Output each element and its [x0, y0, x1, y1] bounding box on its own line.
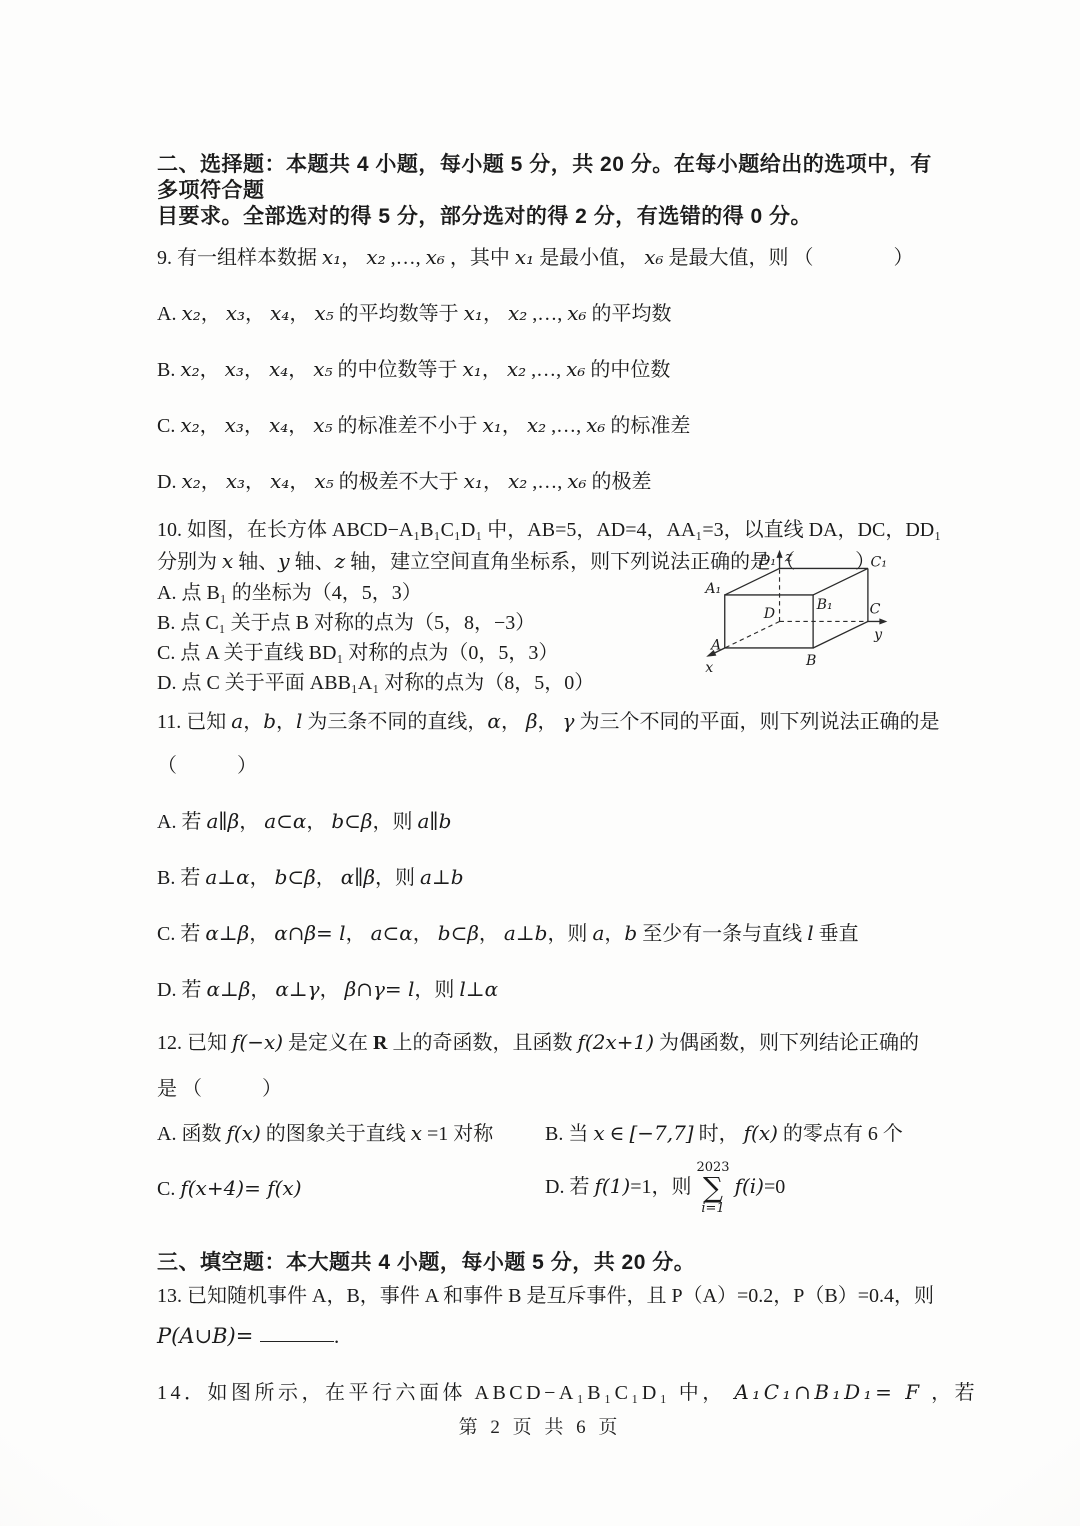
cuboid-top-face-edges — [725, 568, 868, 595]
q11-answer-paren: （ ） — [157, 753, 935, 779]
vertex-label-b1: B₁ — [816, 597, 833, 613]
q12-option-d: D. 若 f(1)=1，则2023∑i=1f(i)=0 — [545, 1161, 935, 1216]
q11-option-b: B. 若 a⊥α， b⊂β， α∥β，则 a⊥b — [157, 864, 935, 891]
section-choice-heading-line2: 目要求。全部选对的得 5 分，部分选对的得 2 分，有选错的得 0 分。 — [157, 204, 935, 230]
section-fill-heading: 三、填空题：本大题共 4 小题，每小题 5 分，共 20 分。 — [157, 1246, 935, 1279]
question-9: 9. 有一组样本数据 x₁， x₂ ,…, x₆ ，其中 x₁ 是最小值， x₆… — [157, 244, 935, 495]
section-choice-heading: 二、选择题：本题共 4 小题，每小题 5 分，共 20 分。在每小题给出的选项中… — [157, 152, 935, 230]
page-footer: 第 2 页 共 6 页 — [0, 1412, 1080, 1439]
q12-option-d-pre: D. 若 f(1)=1，则 — [545, 1176, 691, 1198]
q13-answer-line: P(A∪B)= . — [157, 1319, 935, 1353]
vertex-label-d1: D₁ — [758, 553, 776, 569]
axis-label-z: z — [784, 549, 793, 565]
q13-stem: 13. 已知随机事件 A，B，事件 A 和事件 B 是互斥事件，且 P（A）=0… — [157, 1283, 935, 1309]
vertex-label-d: D — [763, 606, 775, 622]
y-axis-arrow — [879, 618, 887, 624]
q12-options-row-ab: A. 函数 f(x) 的图象关于直线 x =1 对称 B. 当 x ∈ [−7,… — [157, 1120, 935, 1147]
question-12: 12. 已知 f(−x) 是定义在 R 上的奇函数，且函数 f(2x+1) 为偶… — [157, 1029, 935, 1216]
q9-option-a: A. x₂， x₃， x₄， x₅ 的平均数等于 x₁， x₂ ,…, x₆ 的… — [157, 300, 935, 327]
q9-option-d: D. x₂， x₃， x₄， x₅ 的极差不大于 x₁， x₂ ,…, x₆ 的… — [157, 468, 935, 495]
axis-label-y: y — [873, 627, 883, 643]
q12-option-c: C. f(x+4)= f(x) — [157, 1175, 545, 1202]
q12-option-b: B. 当 x ∈ [−7,7] 时， f(x) 的零点有 6 个 — [545, 1120, 935, 1147]
summation-lower-limit: i=1 — [701, 1202, 724, 1216]
axis-label-x: x — [705, 660, 713, 676]
q10-stem-line1: 10. 如图，在长方体 ABCD−A₁B₁C₁D₁ 中，AB=5，AD=4，AA… — [157, 515, 935, 546]
q9-option-b: B. x₂， x₃， x₄， x₅ 的中位数等于 x₁， x₂ ,…, x₆ 的… — [157, 356, 935, 383]
summation-symbol: 2023∑i=1 — [696, 1161, 729, 1216]
vertex-label-a: A — [709, 638, 721, 654]
q12-options-row-cd: C. f(x+4)= f(x) D. 若 f(1)=1，则2023∑i=1f(i… — [157, 1161, 935, 1216]
vertex-label-b: B — [805, 653, 816, 669]
vertex-label-c: C — [870, 602, 881, 618]
exam-page: 二、选择题：本题共 4 小题，每小题 5 分，共 20 分。在每小题给出的选项中… — [0, 0, 1080, 1526]
vertex-label-c1: C₁ — [871, 555, 887, 571]
q12-stem-line1: 12. 已知 f(−x) 是定义在 R 上的奇函数，且函数 f(2x+1) 为偶… — [157, 1029, 935, 1056]
page-content: 二、选择题：本题共 4 小题，每小题 5 分，共 20 分。在每小题给出的选项中… — [157, 152, 935, 1406]
question-13: 13. 已知随机事件 A，B，事件 A 和事件 B 是互斥事件，且 P（A）=0… — [157, 1283, 935, 1353]
section-choice-heading-line1: 二、选择题：本题共 4 小题，每小题 5 分，共 20 分。在每小题给出的选项中… — [157, 152, 935, 204]
vertex-label-a1: A₁ — [703, 581, 721, 597]
q12-stem-line2: 是 （ ） — [157, 1076, 935, 1102]
question-14: 14．如图所示，在平行六面体 ABCD−A₁B₁C₁D₁ 中， A₁C₁∩B₁D… — [157, 1379, 935, 1406]
q12-option-d-post: f(i)=0 — [735, 1176, 786, 1198]
q11-stem: 11. 已知 a，b，l 为三条不同的直线，α， β， γ 为三个不同的平面，则… — [157, 708, 935, 735]
cuboid-hidden-edge-da — [725, 621, 780, 648]
q11-option-d: D. 若 α⊥β， α⊥γ， β∩γ= l，则 l⊥α — [157, 976, 935, 1003]
q9-stem: 9. 有一组样本数据 x₁， x₂ ,…, x₆ ，其中 x₁ 是最小值， x₆… — [157, 244, 935, 271]
z-axis-arrow — [776, 550, 782, 558]
q9-option-c: C. x₂， x₃， x₄， x₅ 的标准差不小于 x₁， x₂ ,…, x₆ … — [157, 412, 935, 439]
q11-option-a: A. 若 a∥β， a⊂α， b⊂β，则 a∥b — [157, 808, 935, 835]
q10-cuboid-figure: D₁ z C₁ A₁ B₁ D C A B x y — [700, 549, 890, 682]
question-11: 11. 已知 a，b，l 为三条不同的直线，α， β， γ 为三个不同的平面，则… — [157, 708, 935, 1003]
q11-option-c: C. 若 α⊥β， α∩β= l， a⊂α， b⊂β， a⊥b，则 a，b 至少… — [157, 920, 935, 947]
q12-option-a: A. 函数 f(x) 的图象关于直线 x =1 对称 — [157, 1120, 545, 1147]
sigma-glyph: ∑ — [703, 1175, 723, 1202]
q14-stem: 14．如图所示，在平行六面体 ABCD−A₁B₁C₁D₁ 中， A₁C₁∩B₁D… — [157, 1379, 935, 1406]
